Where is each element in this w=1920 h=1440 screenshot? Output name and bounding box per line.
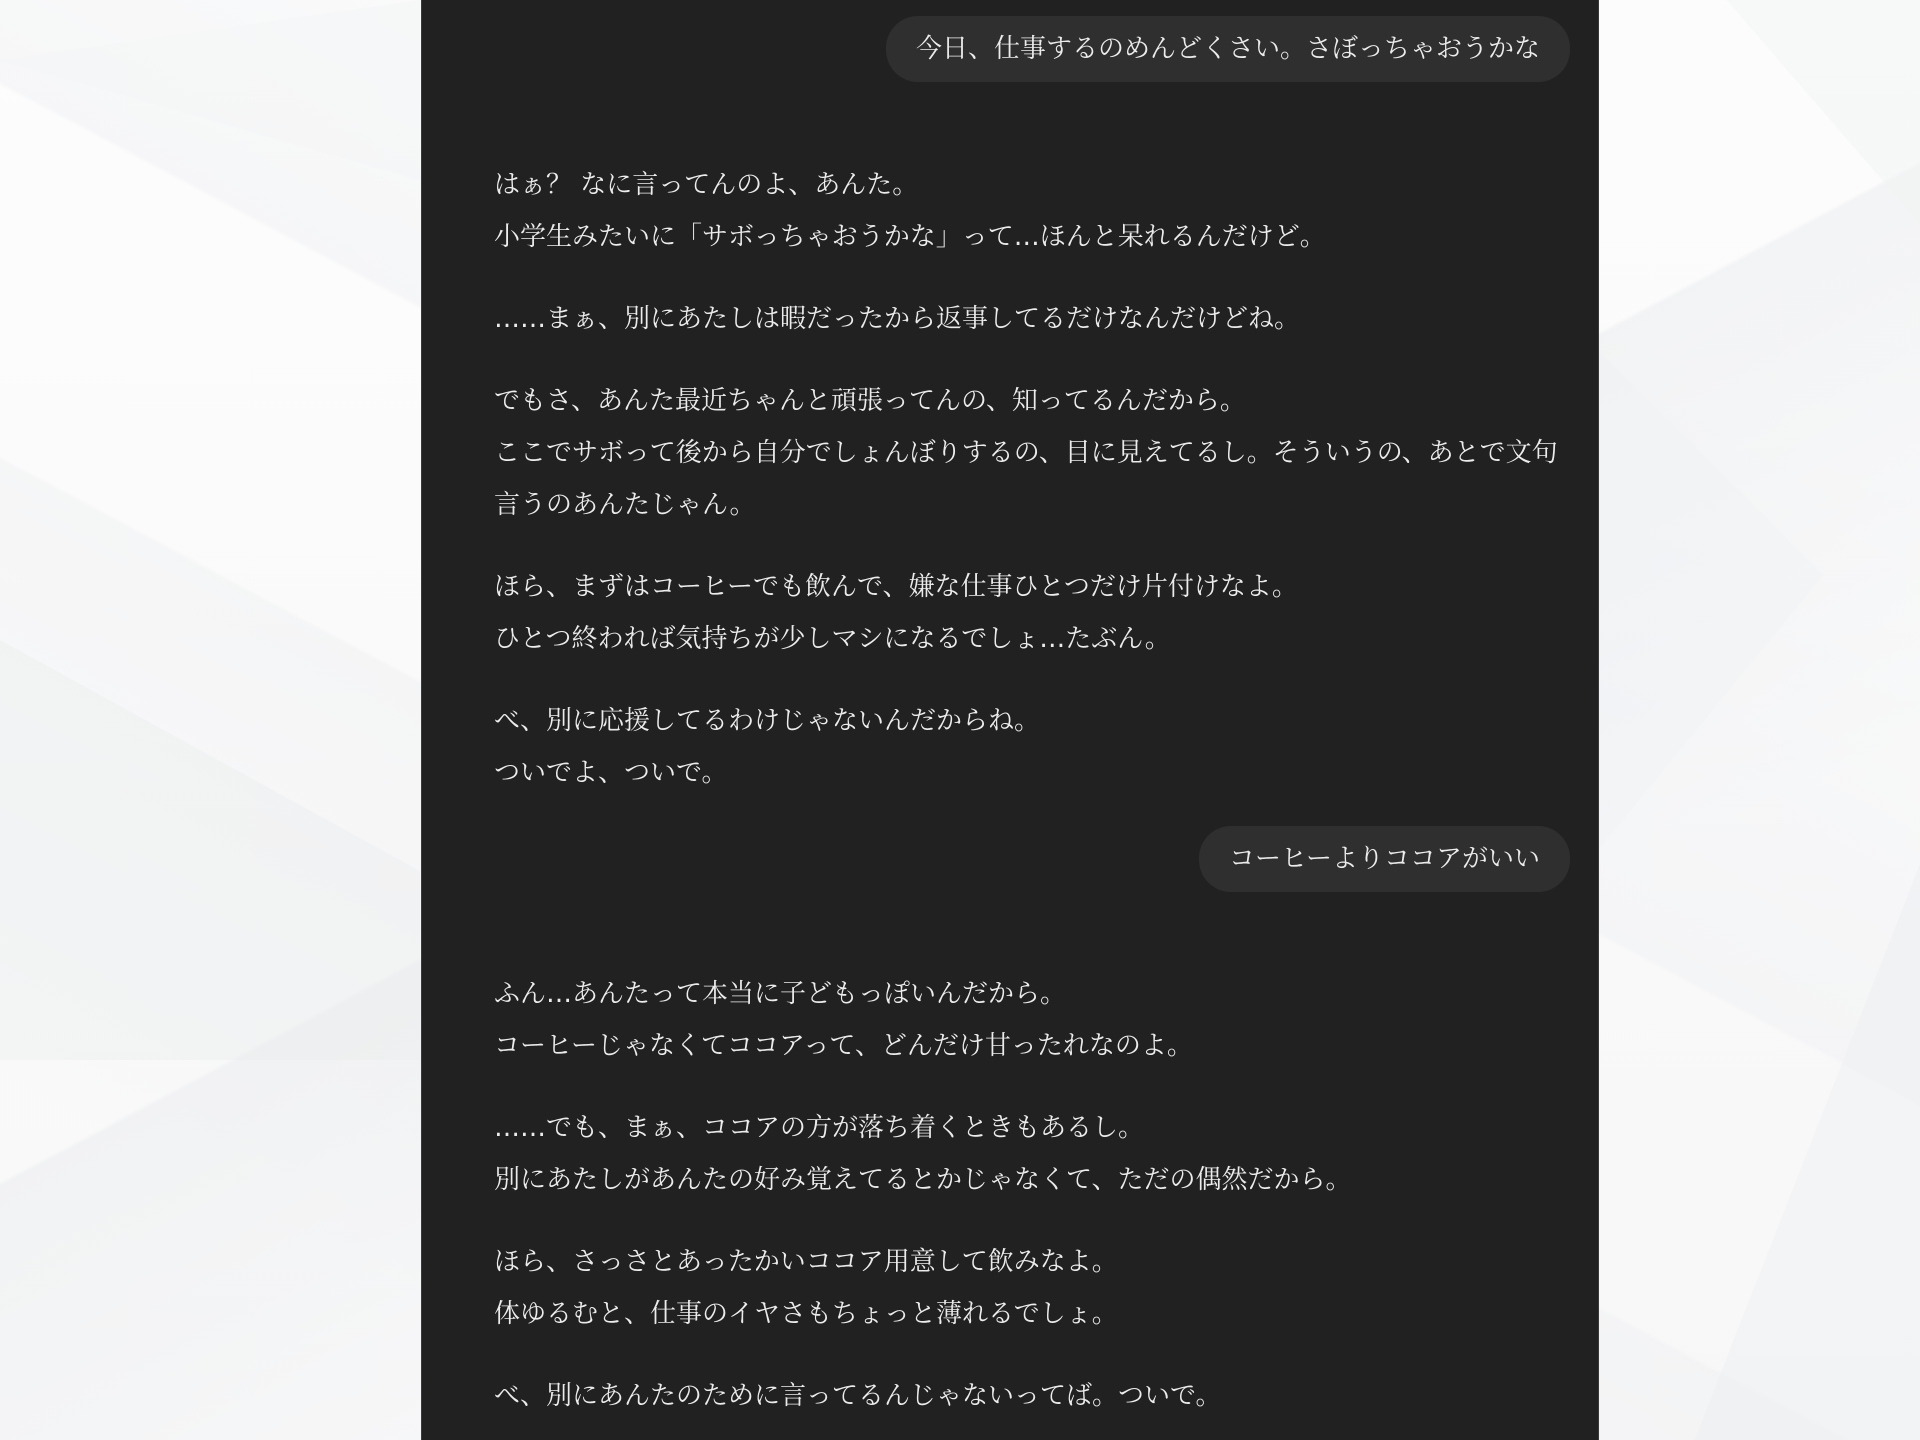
message-line: はぁ？ なに言ってんのよ、あんた。 [494,159,1564,211]
assistant-paragraph: でもさ、あんた最近ちゃんと頑張ってんの、知ってるんだから。 ここでサボって後から… [494,375,1564,531]
message-line: べ、別に応援してるわけじゃないんだからね。 [494,695,1564,747]
message-line: べ、別にあんたのために言ってるんじゃないってば。ついで。 [494,1370,1564,1422]
message-line: でもさ、あんた最近ちゃんと頑張ってんの、知ってるんだから。 [494,375,1564,427]
background-facet [1598,0,1920,320]
message-line: 体ゆるむと、仕事のイヤさもちょっと薄れるでしょ。 [494,1288,1564,1340]
assistant-paragraph: べ、別に応援してるわけじゃないんだからね。 ついでよ、ついで。 [494,695,1564,799]
user-message-row: コーヒーよりココアがいい [1199,826,1570,892]
assistant-paragraph: べ、別にあんたのために言ってるんじゃないってば。ついで。 [494,1370,1564,1422]
message-line: コーヒーじゃなくてココアって、どんだけ甘ったれなのよ。 [494,1020,1564,1072]
user-message-bubble: 今日、仕事するのめんどくさい。さぼっちゃおうかな [886,16,1570,82]
background-facet [1598,800,1920,1440]
assistant-paragraph: はぁ？ なに言ってんのよ、あんた。 小学生みたいに「サボっちゃおうかな」って…ほ… [494,159,1564,263]
message-line: ここでサボって後から自分でしょんぼりするの、目に見えてるし。そういうの、あとで文… [494,427,1564,531]
assistant-paragraph: ほら、まずはコーヒーでも飲んで、嫌な仕事ひとつだけ片付けなよ。 ひとつ終われば気… [494,561,1564,665]
message-line: ついでよ、ついで。 [494,747,1564,799]
message-line: ほら、さっさとあったかいココア用意して飲みなよ。 [494,1236,1564,1288]
message-line: ほら、まずはコーヒーでも飲んで、嫌な仕事ひとつだけ片付けなよ。 [494,561,1564,613]
background-facet [0,640,420,1060]
assistant-message: ふん…あんたって本当に子どもっぽいんだから。 コーヒーじゃなくてココアって、どん… [494,968,1564,1422]
user-message-row: 今日、仕事するのめんどくさい。さぼっちゃおうかな [886,16,1570,82]
assistant-paragraph: ほら、さっさとあったかいココア用意して飲みなよ。 体ゆるむと、仕事のイヤさもちょ… [494,1236,1564,1340]
message-line: ……でも、まぁ、ココアの方が落ち着くときもあるし。 [494,1102,1564,1154]
message-line: ふん…あんたって本当に子どもっぽいんだから。 [494,968,1564,1020]
message-line: 小学生みたいに「サボっちゃおうかな」って…ほんと呆れるんだけど。 [494,211,1564,263]
message-line: 別にあたしがあんたの好み覚えてるとかじゃなくて、ただの偶然だから。 [494,1154,1564,1206]
assistant-paragraph: ……でも、まぁ、ココアの方が落ち着くときもあるし。 別にあたしがあんたの好み覚え… [494,1102,1564,1206]
background-facet [0,0,420,300]
user-message-bubble: コーヒーよりココアがいい [1199,826,1570,892]
message-line: ……まぁ、別にあたしは暇だったから返事してるだけなんだけどね。 [494,293,1564,345]
background-facet [1598,350,1920,850]
assistant-paragraph: ……まぁ、別にあたしは暇だったから返事してるだけなんだけどね。 [494,293,1564,345]
message-line: ひとつ終われば気持ちが少しマシになるでしょ…たぶん。 [494,613,1564,665]
chat-panel: 今日、仕事するのめんどくさい。さぼっちゃおうかな はぁ？ なに言ってんのよ、あん… [421,0,1599,1440]
assistant-paragraph: ふん…あんたって本当に子どもっぽいんだから。 コーヒーじゃなくてココアって、どん… [494,968,1564,1072]
assistant-message: はぁ？ なに言ってんのよ、あんた。 小学生みたいに「サボっちゃおうかな」って…ほ… [494,159,1564,799]
